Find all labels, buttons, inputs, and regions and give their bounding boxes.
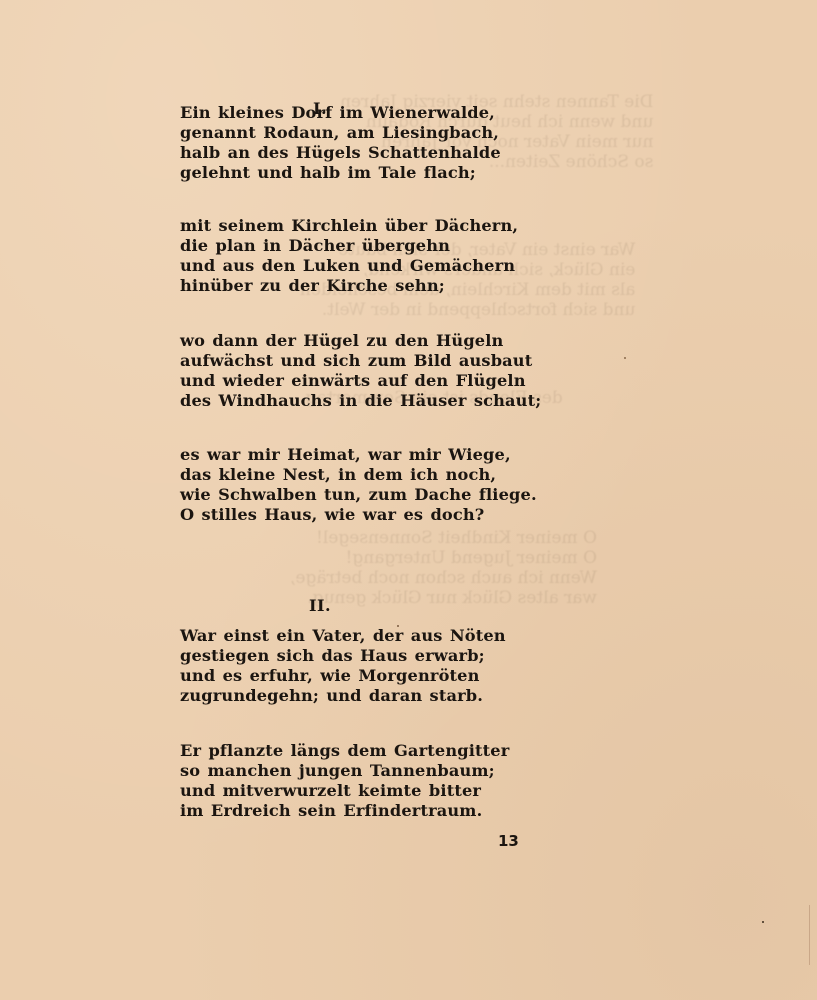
stanza: Ein kleines Dorf im Wienerwalde, genannt… (180, 103, 501, 183)
stanza: es war mir Heimat, war mir Wiege, das kl… (180, 445, 537, 525)
paper-speck (762, 921, 764, 923)
verse-line: es war mir Heimat, war mir Wiege, (180, 445, 537, 465)
verse-line: O stilles Haus, wie war es doch? (180, 505, 537, 525)
stanza: Er pflanzte längs dem Gartengitter so ma… (180, 741, 509, 821)
verse-line: halb an des Hügels Schattenhalde (180, 143, 501, 163)
verse-line: genannt Rodaun, am Liesingbach, (180, 123, 501, 143)
verse-line: mit seinem Kirchlein über Dächern, (180, 216, 518, 236)
verse-line: gelehnt und halb im Tale flach; (180, 163, 501, 183)
stanza: wo dann der Hügel zu den Hügeln aufwächs… (180, 331, 541, 411)
stanza: War einst ein Vater, der aus Nöten gesti… (180, 626, 506, 706)
verse-line: Ein kleines Dorf im Wienerwalde, (180, 103, 501, 123)
verse-line: und mitverwurzelt keimte bitter (180, 781, 509, 801)
verse-line: und aus den Luken und Gemächern (180, 256, 518, 276)
verse-line: wo dann der Hügel zu den Hügeln (180, 331, 541, 351)
verse-line: hinüber zu der Kirche sehn; (180, 276, 518, 296)
verse-line: Er pflanzte längs dem Gartengitter (180, 741, 509, 761)
verse-line: das kleine Nest, in dem ich noch, (180, 465, 537, 485)
book-page: Die Tannen stehn seit vierzig Jahren und… (0, 0, 817, 1000)
verse-line: des Windhauchs in die Häuser schaut; (180, 391, 541, 411)
verse-line: War einst ein Vater, der aus Nöten (180, 626, 506, 646)
paper-crease (809, 905, 810, 965)
verse-line: die plan in Dächer übergehn (180, 236, 518, 256)
verse-line: gestiegen sich das Haus erwarb; (180, 646, 506, 666)
stanza: mit seinem Kirchlein über Dächern, die p… (180, 216, 518, 296)
verse-line: und es erfuhr, wie Morgenröten (180, 666, 506, 686)
verse-line: und wieder einwärts auf den Flügeln (180, 371, 541, 391)
verse-line: aufwächst und sich zum Bild ausbaut (180, 351, 541, 371)
section-numeral: II. (0, 596, 640, 615)
verse-line: wie Schwalben tun, zum Dache fliege. (180, 485, 537, 505)
paper-speck (624, 357, 626, 359)
verse-line: zugrundegehn; und daran starb. (180, 686, 506, 706)
verse-line: so manchen jungen Tannenbaum; (180, 761, 509, 781)
page-number: 13 (498, 832, 519, 850)
paper-speck (397, 625, 399, 627)
verse-line: im Erdreich sein Erfindertraum. (180, 801, 509, 821)
